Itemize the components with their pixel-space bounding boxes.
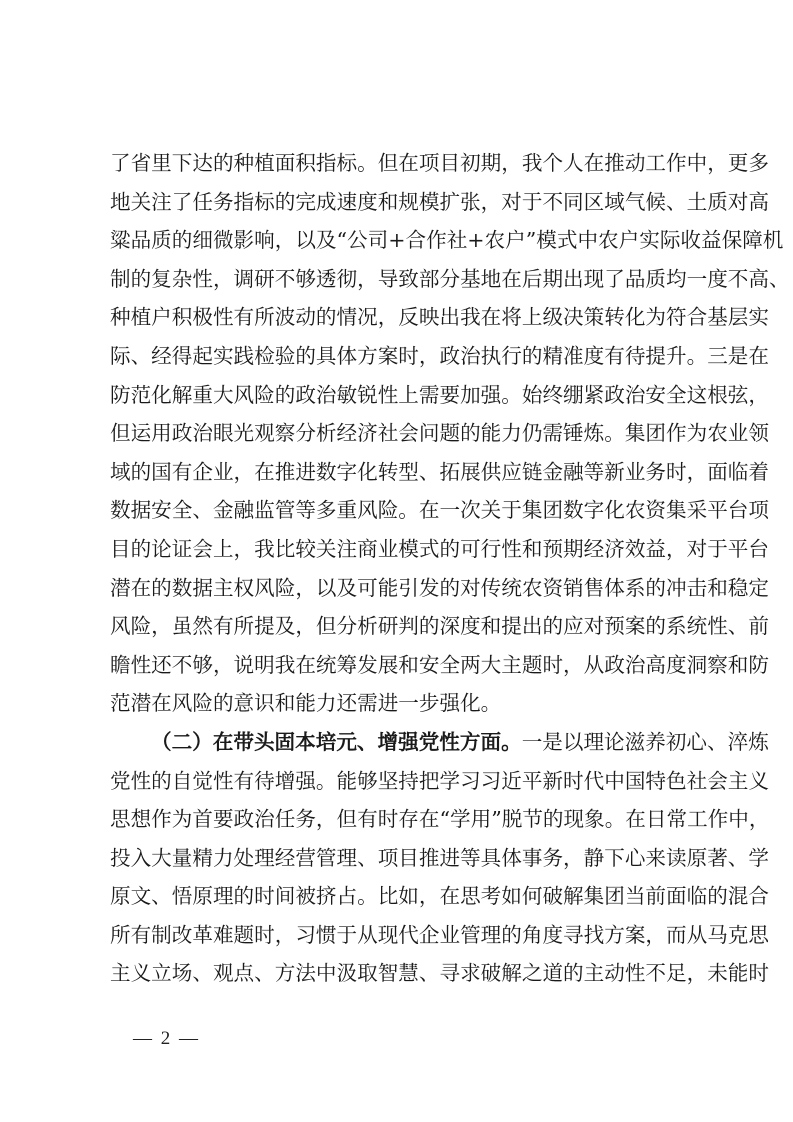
text-line: 原文、悟原理的时间被挤占。比如，在思考如何破解集团当前面临的混合 [110, 877, 694, 916]
text-line: 投入大量精力处理经营管理、项目推进等具体事务，静下心来读原著、学 [110, 839, 694, 878]
text-line: 数据安全、金融监管等多重风险。在一次关于集团数字化农资集采平台项 [110, 491, 694, 530]
text-line: 风险，虽然有所提及，但分析研判的深度和提出的应对预案的系统性、前 [110, 607, 694, 646]
text-line: 际、经得起实践检验的具体方案时，政治执行的精准度有待提升。三是在 [110, 337, 694, 376]
text-line: 瞻性还不够，说明我在统筹发展和安全两大主题时，从政治高度洞察和防 [110, 646, 694, 685]
section-heading-line: （二）在带头固本培元、增强党性方面。一是以理论滋养初心、淬炼 [110, 723, 694, 762]
text-line: 主义立场、观点、方法中汲取智慧、寻求破解之道的主动性不足，未能时 [110, 954, 694, 993]
text-line: 潜在的数据主权风险，以及可能引发的对传统农资销售体系的冲击和稳定 [110, 569, 694, 608]
text-line: 种植户积极性有所波动的情况，反映出我在将上级决策转化为符合基层实 [110, 298, 694, 337]
paragraph-1: 了省里下达的种植面积指标。但在项目初期，我个人在推动工作中，更多 地关注了任务指… [110, 144, 694, 723]
paragraph-2: （二）在带头固本培元、增强党性方面。一是以理论滋养初心、淬炼 党性的自觉性有待增… [110, 723, 694, 993]
text-line: 制的复杂性，调研不够透彻，导致部分基地在后期出现了品质均一度不高、 [110, 260, 694, 299]
text-line: 域的国有企业，在推进数字化转型、拓展供应链金融等新业务时，面临着 [110, 453, 694, 492]
text-line: 了省里下达的种植面积指标。但在项目初期，我个人在推动工作中，更多 [110, 144, 694, 183]
text-line: 范潜在风险的意识和能力还需进一步强化。 [110, 684, 694, 723]
text-line: 所有制改革难题时，习惯于从现代企业管理的角度寻找方案，而从马克思 [110, 916, 694, 955]
section-heading: （二）在带头固本培元、增强党性方面。 [151, 730, 522, 754]
page-number: — 2 — [133, 1028, 200, 1050]
body-text: 了省里下达的种植面积指标。但在项目初期，我个人在推动工作中，更多 地关注了任务指… [110, 144, 694, 993]
text-line: 防范化解重大风险的政治敏锐性上需要加强。始终绷紧政治安全这根弦， [110, 376, 694, 415]
text-line: 粱品质的细微影响，以及“公司+合作社+农户”模式中农户实际收益保障机 [110, 221, 694, 260]
document-page: 了省里下达的种植面积指标。但在项目初期，我个人在推动工作中，更多 地关注了任务指… [0, 0, 793, 1122]
text-run: 一是以理论滋养初心、淬炼 [522, 730, 769, 754]
text-line: 思想作为首要政治任务，但有时存在“学用”脱节的现象。在日常工作中， [110, 800, 694, 839]
text-line: 目的论证会上，我比较关注商业模式的可行性和预期经济效益，对于平台 [110, 530, 694, 569]
text-line: 但运用政治眼光观察分析经济社会问题的能力仍需锤炼。集团作为农业领 [110, 414, 694, 453]
text-line: 地关注了任务指标的完成速度和规模扩张，对于不同区域气候、土质对高 [110, 183, 694, 222]
text-line: 党性的自觉性有待增强。能够坚持把学习习近平新时代中国特色社会主义 [110, 762, 694, 801]
